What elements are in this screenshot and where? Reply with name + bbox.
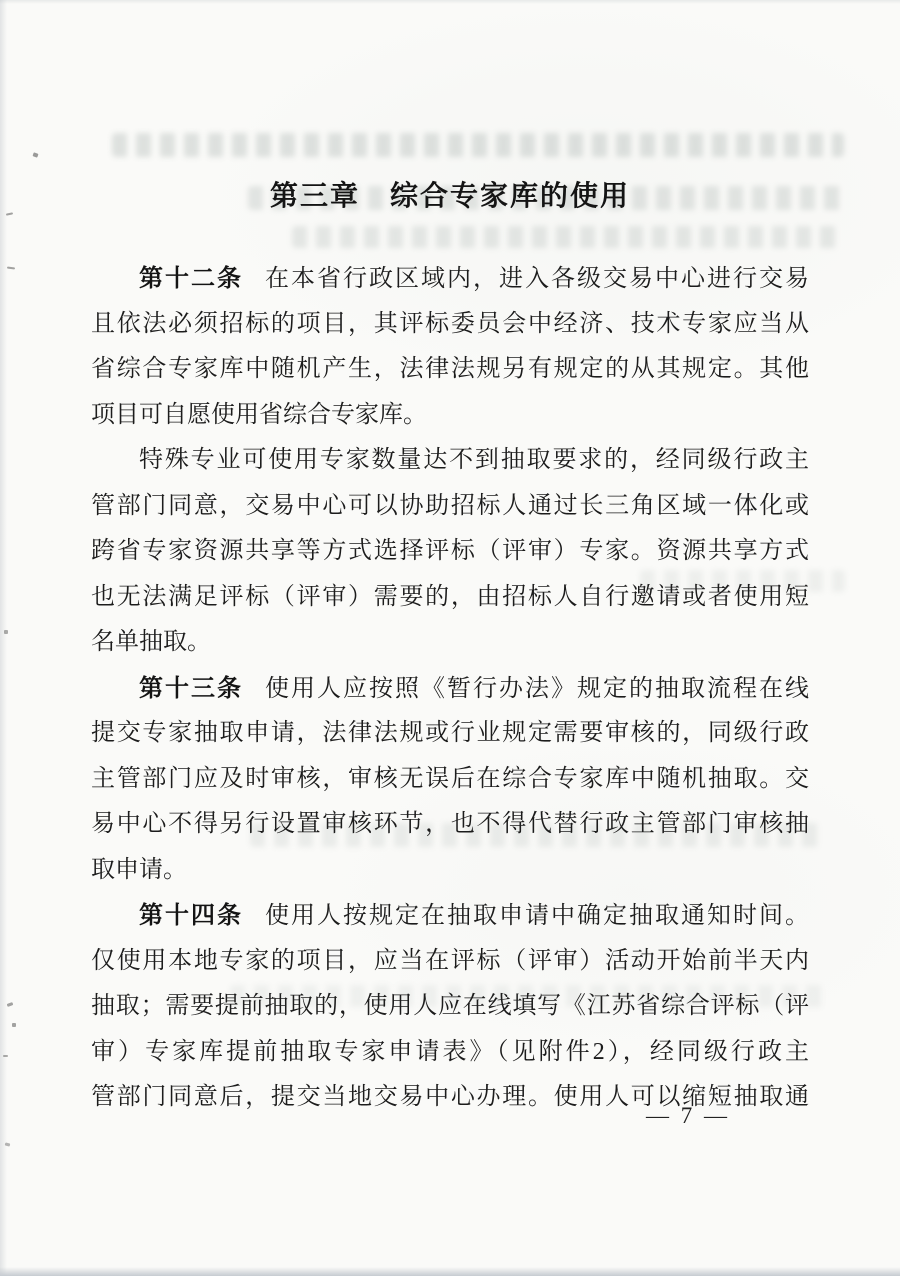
line-text: 主管部门应及时审核，审核无误后在综合专家库中随机抽取。交 — [91, 766, 809, 792]
article-number: 第十二条 — [139, 265, 243, 292]
body-line: 审）专家库提前抽取专家申请表》（见附件2），经同级行政主 — [91, 1030, 809, 1076]
body-line: 项目可自愿使用省综合专家库。 — [91, 393, 809, 439]
scan-speck — [7, 1002, 14, 1007]
body-line: 跨省专家资源共享等方式选择评标（评审）专家。资源共享方式 — [91, 529, 809, 575]
line-text: 使用人按规定在抽取申请中确定抽取通知时间。 — [265, 903, 809, 929]
bleedthrough-ghost-text — [112, 133, 844, 157]
line-text: 特殊专业可使用专家数量达不到抽取要求的，经同级行政主 — [139, 447, 809, 473]
line-text: 易中心不得另行设置审核环节，也不得代替行政主管部门审核抽 — [91, 811, 809, 837]
bleedthrough-ghost-text — [292, 226, 844, 248]
line-text: 提交专家抽取申请，法律法规或行业规定需要审核的，同级行政 — [91, 720, 809, 746]
body-line: 特殊专业可使用专家数量达不到抽取要求的，经同级行政主 — [91, 438, 809, 484]
line-text: 跨省专家资源共享等方式选择评标（评审）专家。资源共享方式 — [91, 538, 809, 564]
document-body: 第十二条在本省行政区域内，进入各级交易中心进行交易 且依法必须招标的项目，其评标… — [91, 256, 809, 1121]
page-number: — 7 — — [646, 1103, 730, 1129]
body-line: 易中心不得另行设置审核环节，也不得代替行政主管部门审核抽 — [91, 802, 809, 848]
line-text: 仅使用本地专家的项目，应当在评标（评审）活动开始前半天内 — [91, 948, 809, 974]
body-line: 第十三条使用人应按照《暂行办法》规定的抽取流程在线 — [91, 666, 809, 712]
line-text: 名单抽取。 — [91, 629, 211, 655]
body-line: 第十四条使用人按规定在抽取申请中确定抽取通知时间。 — [91, 893, 809, 939]
body-line: 抽取；需要提前抽取的，使用人应在线填写《江苏省综合评标（评 — [91, 984, 809, 1030]
scan-speck — [12, 1023, 16, 1027]
line-text: 抽取；需要提前抽取的，使用人应在线填写《江苏省综合评标（评 — [91, 993, 809, 1019]
scan-edge-bottom-shadow — [0, 1267, 900, 1276]
body-line: 且依法必须招标的项目，其评标委员会中经济、技术专家应当从 — [91, 302, 809, 348]
line-text: 管部门同意，交易中心可以协助招标人通过长三角区域一体化或 — [91, 493, 809, 519]
line-text: 项目可自愿使用省综合专家库。 — [91, 402, 427, 428]
scan-speck — [32, 152, 38, 157]
line-text: 审）专家库提前抽取专家申请表》（见附件2），经同级行政主 — [91, 1039, 809, 1065]
scan-speck — [3, 1055, 8, 1057]
body-line: 也无法满足评标（评审）需要的，由招标人自行邀请或者使用短 — [91, 575, 809, 621]
scan-speck — [7, 266, 15, 269]
body-line: 名单抽取。 — [91, 620, 809, 666]
body-line: 仅使用本地专家的项目，应当在评标（评审）活动开始前半天内 — [91, 939, 809, 985]
scan-edge-top-shadow — [0, 0, 900, 4]
line-text: 取申请。 — [91, 857, 187, 883]
line-text: 也无法满足评标（评审）需要的，由招标人自行邀请或者使用短 — [91, 584, 809, 610]
body-line: 管部门同意，交易中心可以协助招标人通过长三角区域一体化或 — [91, 484, 809, 530]
article-number: 第十四条 — [139, 902, 243, 929]
scan-speck — [4, 630, 8, 634]
line-text: 使用人应按照《暂行办法》规定的抽取流程在线 — [265, 676, 809, 702]
article-number: 第十三条 — [139, 675, 243, 702]
body-line: 提交专家抽取申请，法律法规或行业规定需要审核的，同级行政 — [91, 711, 809, 757]
line-text: 在本省行政区域内，进入各级交易中心进行交易 — [265, 266, 809, 292]
body-line: 取申请。 — [91, 848, 809, 894]
body-line: 主管部门应及时审核，审核无误后在综合专家库中随机抽取。交 — [91, 757, 809, 803]
chapter-title: 第三章 综合专家库的使用 — [0, 174, 900, 214]
line-text: 省综合专家库中随机产生，法律法规另有规定的从其规定。其他 — [91, 356, 809, 382]
body-line: 省综合专家库中随机产生，法律法规另有规定的从其规定。其他 — [91, 347, 809, 393]
scanned-document-page: 第三章 综合专家库的使用 第十二条在本省行政区域内，进入各级交易中心进行交易 且… — [0, 0, 900, 1276]
body-line: 第十二条在本省行政区域内，进入各级交易中心进行交易 — [91, 256, 809, 302]
line-text: 且依法必须招标的项目，其评标委员会中经济、技术专家应当从 — [91, 311, 809, 337]
